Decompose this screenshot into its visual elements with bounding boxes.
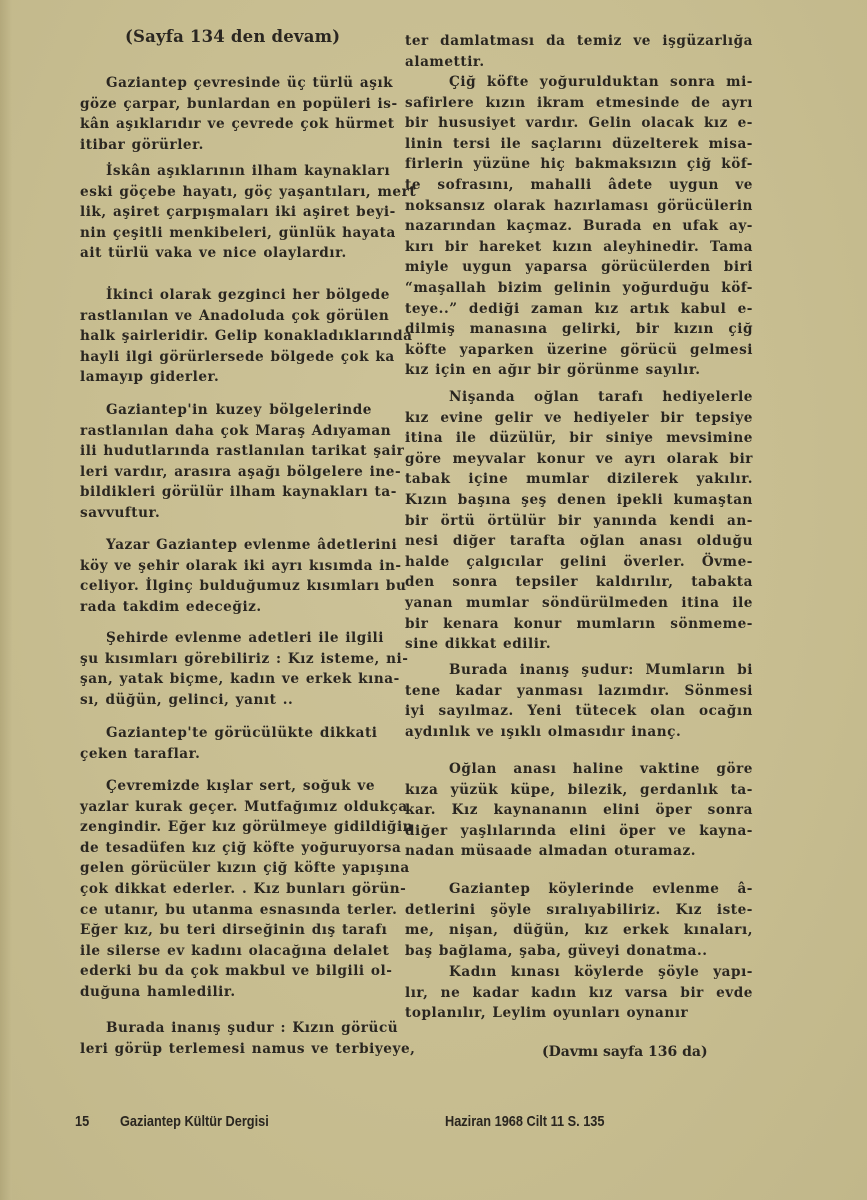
footer-magazine-name: Gaziantep Kültür Dergisi — [120, 1113, 269, 1130]
text-line: şan, yatak biçme, kadın ve erkek kına- — [80, 669, 372, 690]
text-line: yazlar kurak geçer. Mutfağımız oldukça — [80, 797, 372, 818]
paragraph: Nişanda oğlan tarafı hediyelerlekız evin… — [405, 387, 753, 655]
text-line: celiyor. İlginç bulduğumuz kısımları bu — [80, 576, 372, 597]
text-line: baş bağlama, şaba, güveyi donatma.. — [405, 941, 753, 962]
paragraph: Kadın kınası köylerde şöyle yapı-lır, ne… — [405, 962, 753, 1024]
text-line: kız için en ağır bir görünme sayılır. — [405, 360, 753, 381]
continuation-heading: (Sayfa 134 den devam) — [125, 27, 340, 46]
text-line: linin tersi ile saçlarını düzelterek mis… — [405, 134, 753, 155]
text-line: den sonra tepsiler kaldırılır, tabakta — [405, 572, 753, 593]
text-line: Eğer kız, bu teri dirseğinin dış tarafı — [80, 920, 372, 941]
paragraph: Gaziantep'te görücülükte dikkatiçeken ta… — [80, 723, 372, 764]
text-line: İkinci olarak gezginci her bölgede — [80, 285, 372, 306]
footer-issue-info: Haziran 1968 Cilt 11 S. 135 — [445, 1113, 604, 1130]
text-line: itibar görürler. — [80, 135, 372, 156]
footer-page-number: 15 — [75, 1113, 89, 1130]
text-line: kırı bir hareket kızın aleyhinedir. Tama — [405, 237, 753, 258]
paragraph: Gaziantep köylerinde evlenme â-detlerini… — [405, 879, 753, 961]
text-line: te sofrasını, mahalli âdete uygun ve — [405, 175, 753, 196]
magazine-page: (Sayfa 134 den devam) Gaziantep çevresin… — [0, 0, 867, 1200]
text-line: bir kenara konur mumların sönmeme- — [405, 614, 753, 635]
text-line: halde çalgıcılar gelini överler. Övme- — [405, 552, 753, 573]
text-line: Burada inanış şudur : Kızın görücü — [80, 1018, 372, 1039]
text-line: yanan mumlar söndürülmeden itina ile — [405, 593, 753, 614]
text-line: Çevremizde kışlar sert, soğuk ve — [80, 776, 372, 797]
text-line: kıza yüzük küpe, bilezik, gerdanlık ta- — [405, 780, 753, 801]
text-line: ile silerse ev kadını olacağına delalet — [80, 941, 372, 962]
text-line: dilmiş manasına gelirki, bir kızın çiğ — [405, 319, 753, 340]
text-line: Şehirde evlenme adetleri ile ilgili — [80, 628, 372, 649]
text-line: Oğlan anası haline vaktine göre — [405, 759, 753, 780]
text-line: Burada inanış şudur: Mumların bi — [405, 660, 753, 681]
paragraph: Oğlan anası haline vaktine görekıza yüzü… — [405, 759, 753, 862]
text-line: detlerini şöyle sıralıyabiliriz. Kız ist… — [405, 900, 753, 921]
text-line: nesi diğer tarafta oğlan anası olduğu — [405, 531, 753, 552]
text-line: ili hudutlarında rastlanılan tarikat şai… — [80, 441, 372, 462]
text-line: zengindir. Eğer kız görülmeye gidildiğin — [80, 817, 372, 838]
text-line: leri görüp terlemesi namus ve terbiyeye, — [80, 1039, 372, 1060]
text-line: çeken taraflar. — [80, 744, 372, 765]
text-line: sine dikkat edilir. — [405, 634, 753, 655]
text-line: ce utanır, bu utanma esnasında terler. — [80, 900, 372, 921]
text-line: firlerin yüzüne hiç bakmaksızın çiğ köf- — [405, 154, 753, 175]
text-line: rada takdim edeceğiz. — [80, 597, 372, 618]
paragraph: Yazar Gaziantep evlenme âdetleriniköy ve… — [80, 535, 372, 617]
text-line: ait türlü vaka ve nice olaylardır. — [80, 243, 372, 264]
paragraph: ter damlatması da temiz ve işgüzarlığaal… — [405, 31, 753, 72]
text-line: miyle uygun yaparsa görücülerden biri — [405, 257, 753, 278]
paragraph: Gaziantep'in kuzey bölgelerinderastlanıl… — [80, 400, 372, 524]
text-line: aydınlık ve ışıklı olmasıdır inanç. — [405, 722, 753, 743]
text-line: teye..” dediği zaman kız artık kabul e- — [405, 299, 753, 320]
text-line: kız evine gelir ve hediyeler bir tepsiye — [405, 408, 753, 429]
text-line: kân aşıklarıdır ve çevrede çok hürmet — [80, 114, 372, 135]
text-line: eski göçebe hayatı, göç yaşantıları, mer… — [80, 182, 372, 203]
paragraph: İkinci olarak gezginci her bölgederastla… — [80, 285, 372, 388]
text-line: Gaziantep köylerinde evlenme â- — [405, 879, 753, 900]
paragraph: Çevremizde kışlar sert, soğuk veyazlar k… — [80, 776, 372, 1003]
text-line: Gaziantep'te görücülükte dikkati — [80, 723, 372, 744]
text-line: Gaziantep çevresinde üç türlü aşık — [80, 73, 372, 94]
text-line: şu kısımları görebiliriz : Kız isteme, n… — [80, 649, 372, 670]
text-line: Kadın kınası köylerde şöyle yapı- — [405, 962, 753, 983]
text-line: gelen görücüler kızın çiğ köfte yapışına — [80, 858, 372, 879]
text-line: duğuna hamledilir. — [80, 982, 372, 1003]
text-line: tabak içine mumlar dizilerek yakılır. — [405, 469, 753, 490]
text-line: göre meyvalar konur ve ayrı olarak bir — [405, 449, 753, 470]
text-line: noksansız olarak hazırlaması görücülerin — [405, 196, 753, 217]
text-line: bir hususiyet vardır. Gelin olacak kız e… — [405, 113, 753, 134]
page-binding-edge — [0, 0, 12, 1200]
paragraph: İskân aşıklarının ilham kaynaklarıeski g… — [80, 161, 372, 264]
paragraph: Burada inanış şudur: Mumların bitene kad… — [405, 660, 753, 742]
text-line: sı, düğün, gelinci, yanıt .. — [80, 690, 372, 711]
text-line: diğer yaşlılarında elini öper ve kayna- — [405, 821, 753, 842]
text-line: Nişanda oğlan tarafı hediyelerle — [405, 387, 753, 408]
text-line: nazarından kaçmaz. Burada en ufak ay- — [405, 216, 753, 237]
paragraph: Şehirde evlenme adetleri ile ilgilişu kı… — [80, 628, 372, 710]
text-line: nin çeşitli menkibeleri, günlük hayata — [80, 223, 372, 244]
continuation-note: (Davmı sayfa 136 da) — [542, 1044, 708, 1060]
text-line: Gaziantep'in kuzey bölgelerinde — [80, 400, 372, 421]
text-line: lamayıp giderler. — [80, 367, 372, 388]
text-line: Yazar Gaziantep evlenme âdetlerini — [80, 535, 372, 556]
text-line: hayli ilgi görürlersede bölgede çok ka — [80, 347, 372, 368]
text-line: halk şairleridir. Gelip konakladıklarınd… — [80, 326, 372, 347]
text-line: iyi sayılmaz. Yeni tütecek olan ocağın — [405, 701, 753, 722]
text-line: leri vardır, arasıra aşağı bölgelere ine… — [80, 462, 372, 483]
text-line: ederki bu da çok makbul ve bilgili ol- — [80, 961, 372, 982]
text-line: ter damlatması da temiz ve işgüzarlığa — [405, 31, 753, 52]
text-line: tene kadar yanması lazımdır. Sönmesi — [405, 681, 753, 702]
text-line: köfte yaparken üzerine görücü gelmesi — [405, 340, 753, 361]
text-line: çok dikkat ederler. . Kız bunları görün- — [80, 879, 372, 900]
text-line: alamettir. — [405, 52, 753, 73]
text-line: köy ve şehir olarak iki ayrı kısımda in- — [80, 556, 372, 577]
text-line: rastlanılan ve Anadoluda çok görülen — [80, 306, 372, 327]
text-line: de tesadüfen kız çiğ köfte yoğuruyorsa — [80, 838, 372, 859]
text-line: göze çarpar, bunlardan en popüleri is- — [80, 94, 372, 115]
text-line: toplanılır, Leylim oyunları oynanır — [405, 1003, 753, 1024]
text-line: rastlanılan daha çok Maraş Adıyaman — [80, 421, 372, 442]
text-line: İskân aşıklarının ilham kaynakları — [80, 161, 372, 182]
text-line: bir örtü örtülür bir yanında kendi an- — [405, 511, 753, 532]
text-line: safirlere kızın ikram etmesinde de ayrı — [405, 93, 753, 114]
text-line: kar. Kız kaynananın elini öper sonra — [405, 800, 753, 821]
text-line: me, nişan, düğün, kız erkek kınaları, — [405, 920, 753, 941]
paragraph: Gaziantep çevresinde üç türlü aşıkgöze ç… — [80, 73, 372, 155]
text-line: nadan müsaade almadan oturamaz. — [405, 841, 753, 862]
text-line: itina ile düzülür, bir siniye mevsimine — [405, 428, 753, 449]
text-line: lik, aşiret çarpışmaları iki aşiret beyi… — [80, 202, 372, 223]
paragraph: Burada inanış şudur : Kızın görücüleri g… — [80, 1018, 372, 1059]
text-line: lır, ne kadar kadın kız varsa bir evde — [405, 983, 753, 1004]
text-line: “maşallah bizim gelinin yoğurduğu köf- — [405, 278, 753, 299]
paragraph: Çiğ köfte yoğurulduktan sonra mi-safirle… — [405, 72, 753, 381]
text-line: Çiğ köfte yoğurulduktan sonra mi- — [405, 72, 753, 93]
text-line: savvuftur. — [80, 503, 372, 524]
text-line: bildikleri görülür ilham kaynakları ta- — [80, 482, 372, 503]
text-line: Kızın başına şeş denen ipekli kumaştan — [405, 490, 753, 511]
